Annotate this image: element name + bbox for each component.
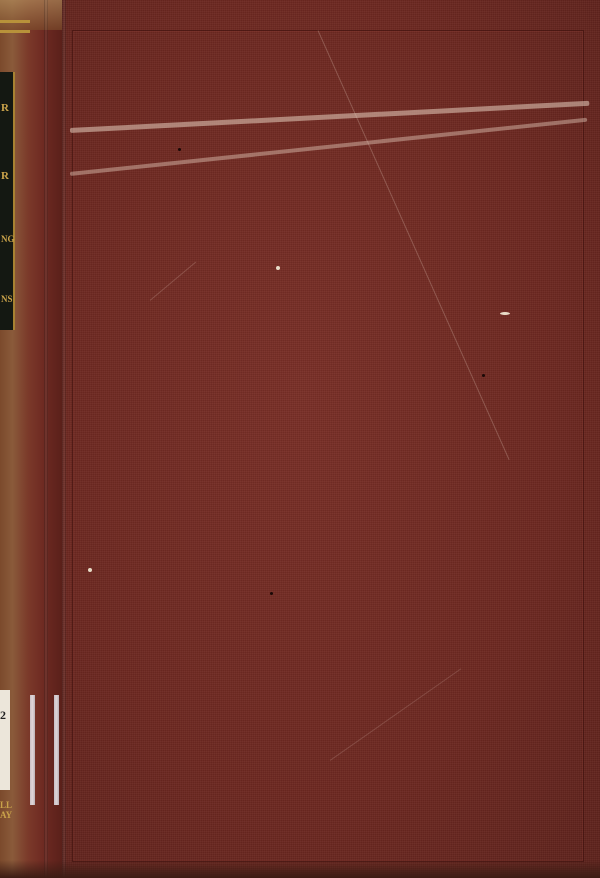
wear-spot (270, 592, 273, 595)
spine-title-fragment: R (1, 102, 9, 114)
wear-spot (88, 568, 92, 572)
spine-title-fragment: NS (1, 294, 13, 304)
spine-title-fragment: NG (1, 234, 15, 244)
board-hinge (62, 0, 66, 878)
spine-title-label: R R NG NS (0, 72, 15, 330)
wear-spot (500, 312, 510, 315)
library-tape-strip (30, 695, 35, 805)
blind-border (72, 30, 584, 862)
spine-title-fragment: R (1, 170, 9, 182)
gilt-rule (0, 30, 30, 33)
library-tape-strip (54, 695, 59, 805)
book-spine: R R NG NS 2 LL AY (0, 0, 62, 878)
wear-spot (482, 374, 485, 377)
call-number-fragment: 2 (0, 708, 10, 723)
spine-crease (44, 0, 48, 878)
gilt-rule (0, 20, 30, 23)
book-cover: R R NG NS 2 LL AY (0, 0, 600, 878)
wear-spot (178, 148, 181, 151)
imprint-fragment: AY (0, 810, 14, 820)
imprint-fragment: LL (0, 800, 14, 810)
worn-bottom-edge (0, 860, 600, 878)
spine-headcap (0, 0, 62, 30)
wear-spot (276, 266, 280, 270)
library-call-number-label: 2 (0, 690, 10, 790)
spine-imprint: LL AY (0, 800, 14, 840)
